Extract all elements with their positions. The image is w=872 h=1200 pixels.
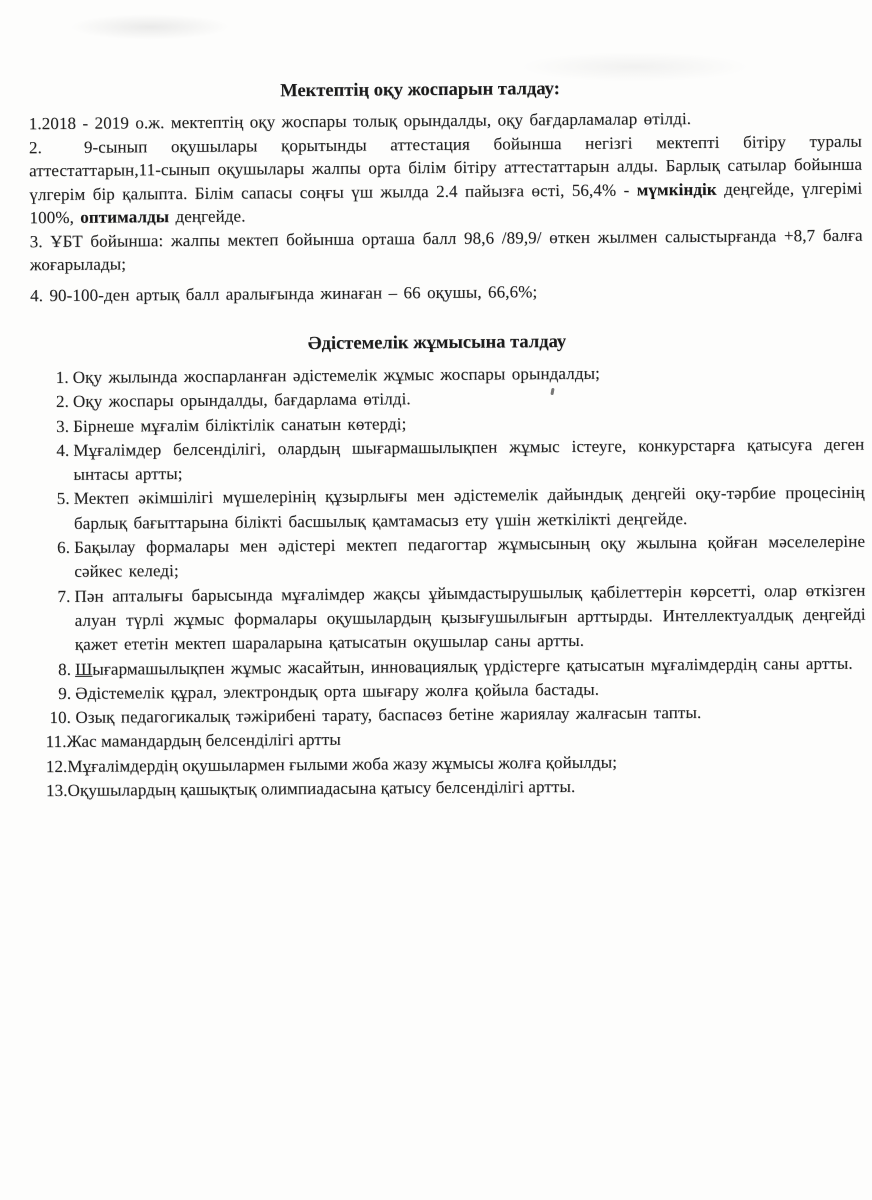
paragraph-2-number: 2. — [29, 138, 42, 157]
list-item-text: Пән апталығы барысында мұғалімдер жақсы … — [74, 578, 866, 657]
list-item: 6.Бақылау формалары мен әдістері мектеп … — [32, 530, 865, 585]
paragraph-curriculum-2: 2.9-сынып оқушылары қорытынды аттестация… — [29, 129, 863, 230]
list-item-number: 1. — [31, 366, 73, 391]
section1-title: Мектептің оқу жоспарын талдау: — [28, 75, 811, 105]
methodology-list: 1.Оқу жылында жоспарланған әдістемелік ж… — [31, 360, 867, 804]
list-item: 13.Оқушылардың қашықтық олимпиадасына қа… — [34, 773, 867, 804]
list-item-number: 11. — [34, 730, 67, 755]
list-item: 7.Пән апталығы барысында мұғалімдер жақс… — [32, 578, 866, 657]
list-item-text: Мұғалімдер белсенділігі, олардың шығарма… — [73, 433, 864, 488]
list-item-number: 10. — [33, 706, 75, 731]
list-item-number: 5. — [32, 487, 74, 536]
paragraph-2-text: деңгейде. — [169, 206, 246, 226]
list-item-number: 12. — [34, 755, 68, 780]
list-item-text: Бақылау формалары мен әдістері мектеп пе… — [74, 530, 865, 585]
bold-word-optimaldy: оптималды — [80, 207, 169, 227]
bold-word-mumkindik: мүмкіндік — [637, 179, 717, 199]
section2-title: Әдістемелік жұмысына талдау — [30, 328, 843, 358]
paragraph-curriculum-3: 3. ҰБТ бойынша: жалпы мектеп бойынша орт… — [30, 223, 863, 277]
list-item-number: 8. — [33, 657, 75, 682]
list-item-number: 2. — [31, 390, 73, 415]
list-item-number: 3. — [31, 414, 73, 439]
list-item-text: Мектеп әкімшілігі мүшелерінің құзырлығы … — [74, 481, 865, 536]
list-item-number: 13. — [34, 779, 68, 804]
paragraph-curriculum-4: 4. 90-100-ден артық балл аралығында жина… — [30, 277, 863, 307]
list-item-number: 6. — [32, 536, 74, 585]
list-item-number: 9. — [33, 682, 75, 707]
list-item: 4.Мұғалімдер белсенділігі, олардың шығар… — [31, 433, 864, 488]
list-item-number: 7. — [32, 585, 75, 658]
list-item-number: 4. — [31, 439, 73, 488]
list-item: 5.Мектеп әкімшілігі мүшелерінің құзырлығ… — [32, 481, 865, 536]
document-content: Мектептің оқу жоспарын талдау: 1.2018 - … — [0, 0, 872, 804]
list-item-text: Оқушылардың қашықтық олимпиадасына қатыс… — [67, 773, 867, 804]
scanned-document-page: Мектептің оқу жоспарын талдау: 1.2018 - … — [0, 0, 872, 1200]
